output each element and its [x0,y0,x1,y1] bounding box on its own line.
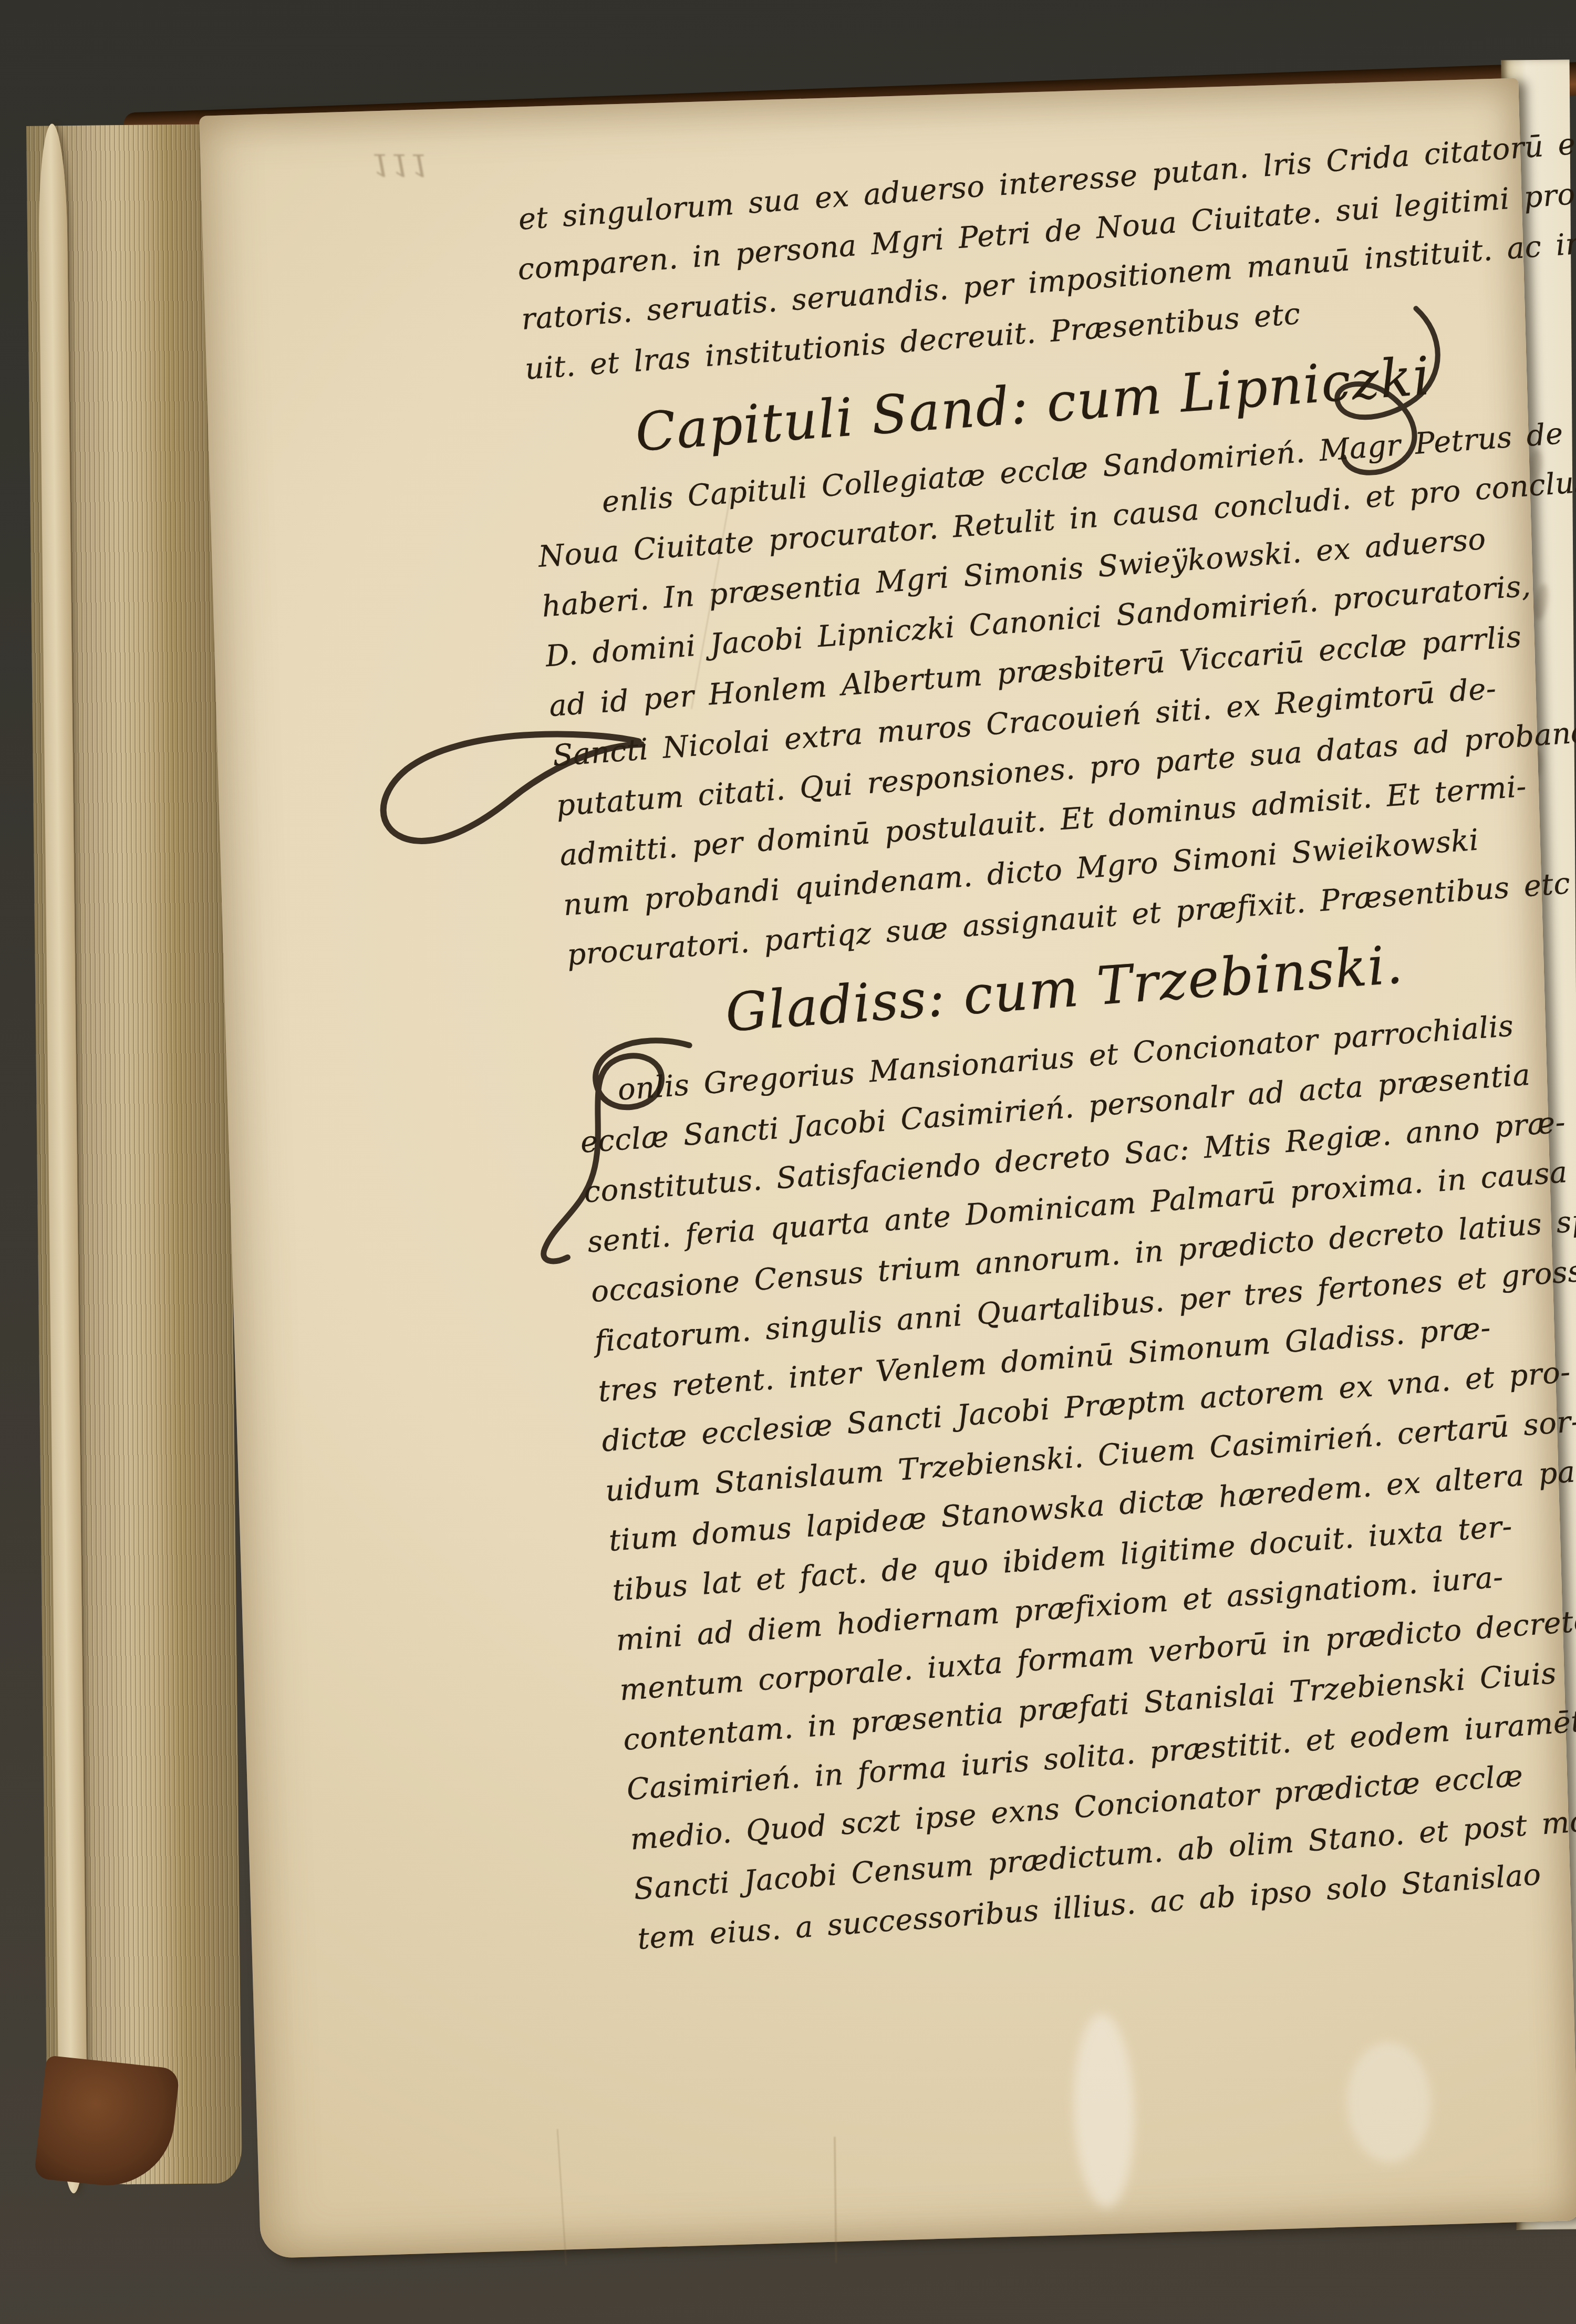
bleedthrough-mark [1532,583,1550,621]
paper-crease [557,2129,567,2266]
paragraph-entry2: onlis Gregorius Mansionarius et Conciona… [575,998,1576,1964]
paper-crease [834,2137,837,2263]
paragraph-entry1: enlis Capituli Collegiatæ ecclæ Sandomir… [533,412,1554,980]
manuscript-text: et singulorum sua ex aduerso interesse p… [513,124,1576,1964]
paper-stain [1345,2041,1433,2164]
manuscript-page: 111 et singulorum sua ex aduerso interes… [199,78,1576,2259]
curled-page-edge [38,123,88,2193]
folio-number-offset: 111 [372,147,430,183]
paper-stain [1071,2012,1137,2208]
manuscript-photograph: 111 et singulorum sua ex aduerso interes… [0,0,1576,2324]
